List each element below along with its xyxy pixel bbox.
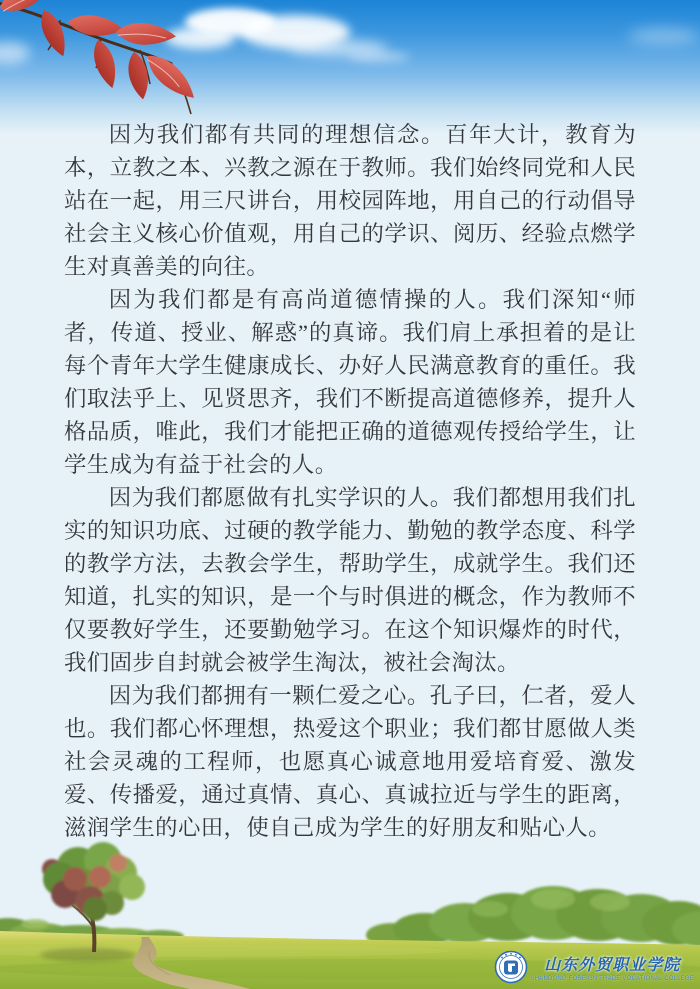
- tree-shadow: [40, 948, 136, 962]
- body-text: 因为我们都有共同的理想信念。百年大计，教育为本，立教之本、兴教之源在于教师。我们…: [64, 118, 636, 844]
- poster-page: 因为我们都有共同的理想信念。百年大计，教育为本，立教之本、兴教之源在于教师。我们…: [0, 0, 700, 989]
- paragraph-ideals: 因为我们都有共同的理想信念。百年大计，教育为本，立教之本、兴教之源在于教师。我们…: [64, 118, 636, 283]
- tree-line: [366, 886, 700, 947]
- college-emblem-icon: [494, 950, 528, 984]
- college-name-cn: 山东外贸职业学院: [544, 952, 680, 975]
- paragraph-benevolence: 因为我们都拥有一颗仁爱之心。孔子曰，仁者，爱人也。我们都心怀理想，热爱这个职业；…: [64, 679, 636, 844]
- college-logo: 山东外贸职业学院 SHANDONG FOREIGN TRADE VOCATION…: [494, 950, 694, 984]
- college-name-en: SHANDONG FOREIGN TRADE VOCATIONAL COLLEG…: [531, 976, 694, 982]
- cloud: [628, 28, 700, 44]
- cloud: [348, 52, 410, 62]
- paragraph-morality: 因为我们都是有高尚道德情操的人。我们深知“师者，传道、授业、解惑”的真谛。我们肩…: [64, 283, 636, 481]
- paragraph-knowledge: 因为我们都愿做有扎实学识的人。我们都想用我们扎实的知识功底、过硬的教学能力、勤勉…: [64, 481, 636, 679]
